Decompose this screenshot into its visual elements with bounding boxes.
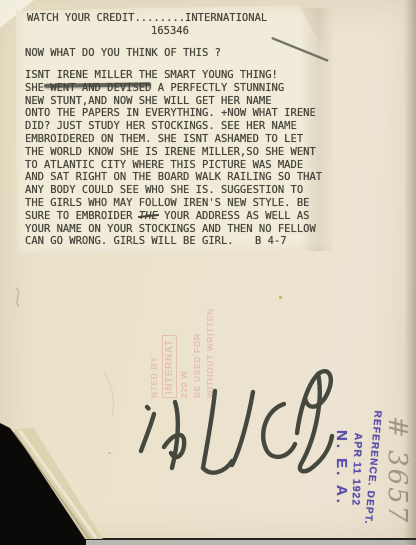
caption-line: ANY BODY COULD SEE WHO SHE IS. SUGGESTIO… (25, 184, 322, 197)
press-photo-back: { "caption": { "credit_line": "WATCH YOU… (0, 0, 416, 545)
caption-line: EMBROIDERED ON THEM. SHE ISNT ASHAMED TO… (25, 133, 322, 146)
caption-line: SURE TO EMBROIDER THE YOUR ADDRESS AS WE… (25, 210, 322, 223)
date-stamp: APR 11 1922 (349, 433, 364, 507)
agency-stamp: N. E. A. (333, 430, 350, 506)
caption-line: NEW STUNT,AND NOW SHE WILL GET HER NAME (25, 95, 322, 108)
caption-line: THE WORLD KNOW SHE IS IRENE MILLER,SO SH… (25, 146, 322, 159)
photo-code: B 4-7 (255, 235, 287, 247)
caption-headline: NOW WHAT DO YOU THINK OF THIS ? (25, 47, 221, 59)
caption-line: YOUR NAME ON YOUR STOCKINGS AND THEN NO … (25, 223, 322, 236)
credit-line: WATCH YOUR CREDIT........INTERNATIONAL (27, 12, 267, 24)
paper-speck (279, 296, 282, 299)
caption-line: AND SAT RIGHT ON THE BOARD WALK RAILING … (25, 171, 322, 184)
caption-line: ONTO THE PAPERS IN EVERYTHING. +NOW WHAT… (25, 107, 322, 120)
caption-body: ISNT IRENE MILLER THE SMART YOUNG THING!… (25, 69, 322, 248)
caption-line: DID? JUST STUDY HER STOCKINGS. SEE HER N… (25, 120, 322, 133)
caption-line: ISNT IRENE MILLER THE SMART YOUNG THING! (25, 69, 322, 82)
file-number-handwriting: # 3657 (382, 416, 412, 524)
serial-number: 165346 (151, 25, 189, 37)
photo-bottom-edge (86, 538, 416, 545)
struck-out-word: THE (139, 210, 158, 222)
caption-line: TO ATLANTIC CITY WHERE THIS PICTURE WAS … (25, 159, 322, 172)
paper-speck (108, 452, 111, 454)
caption-line: THE GIRLS WHO MAY FOLLOW IREN'S NEW STYL… (25, 197, 322, 210)
